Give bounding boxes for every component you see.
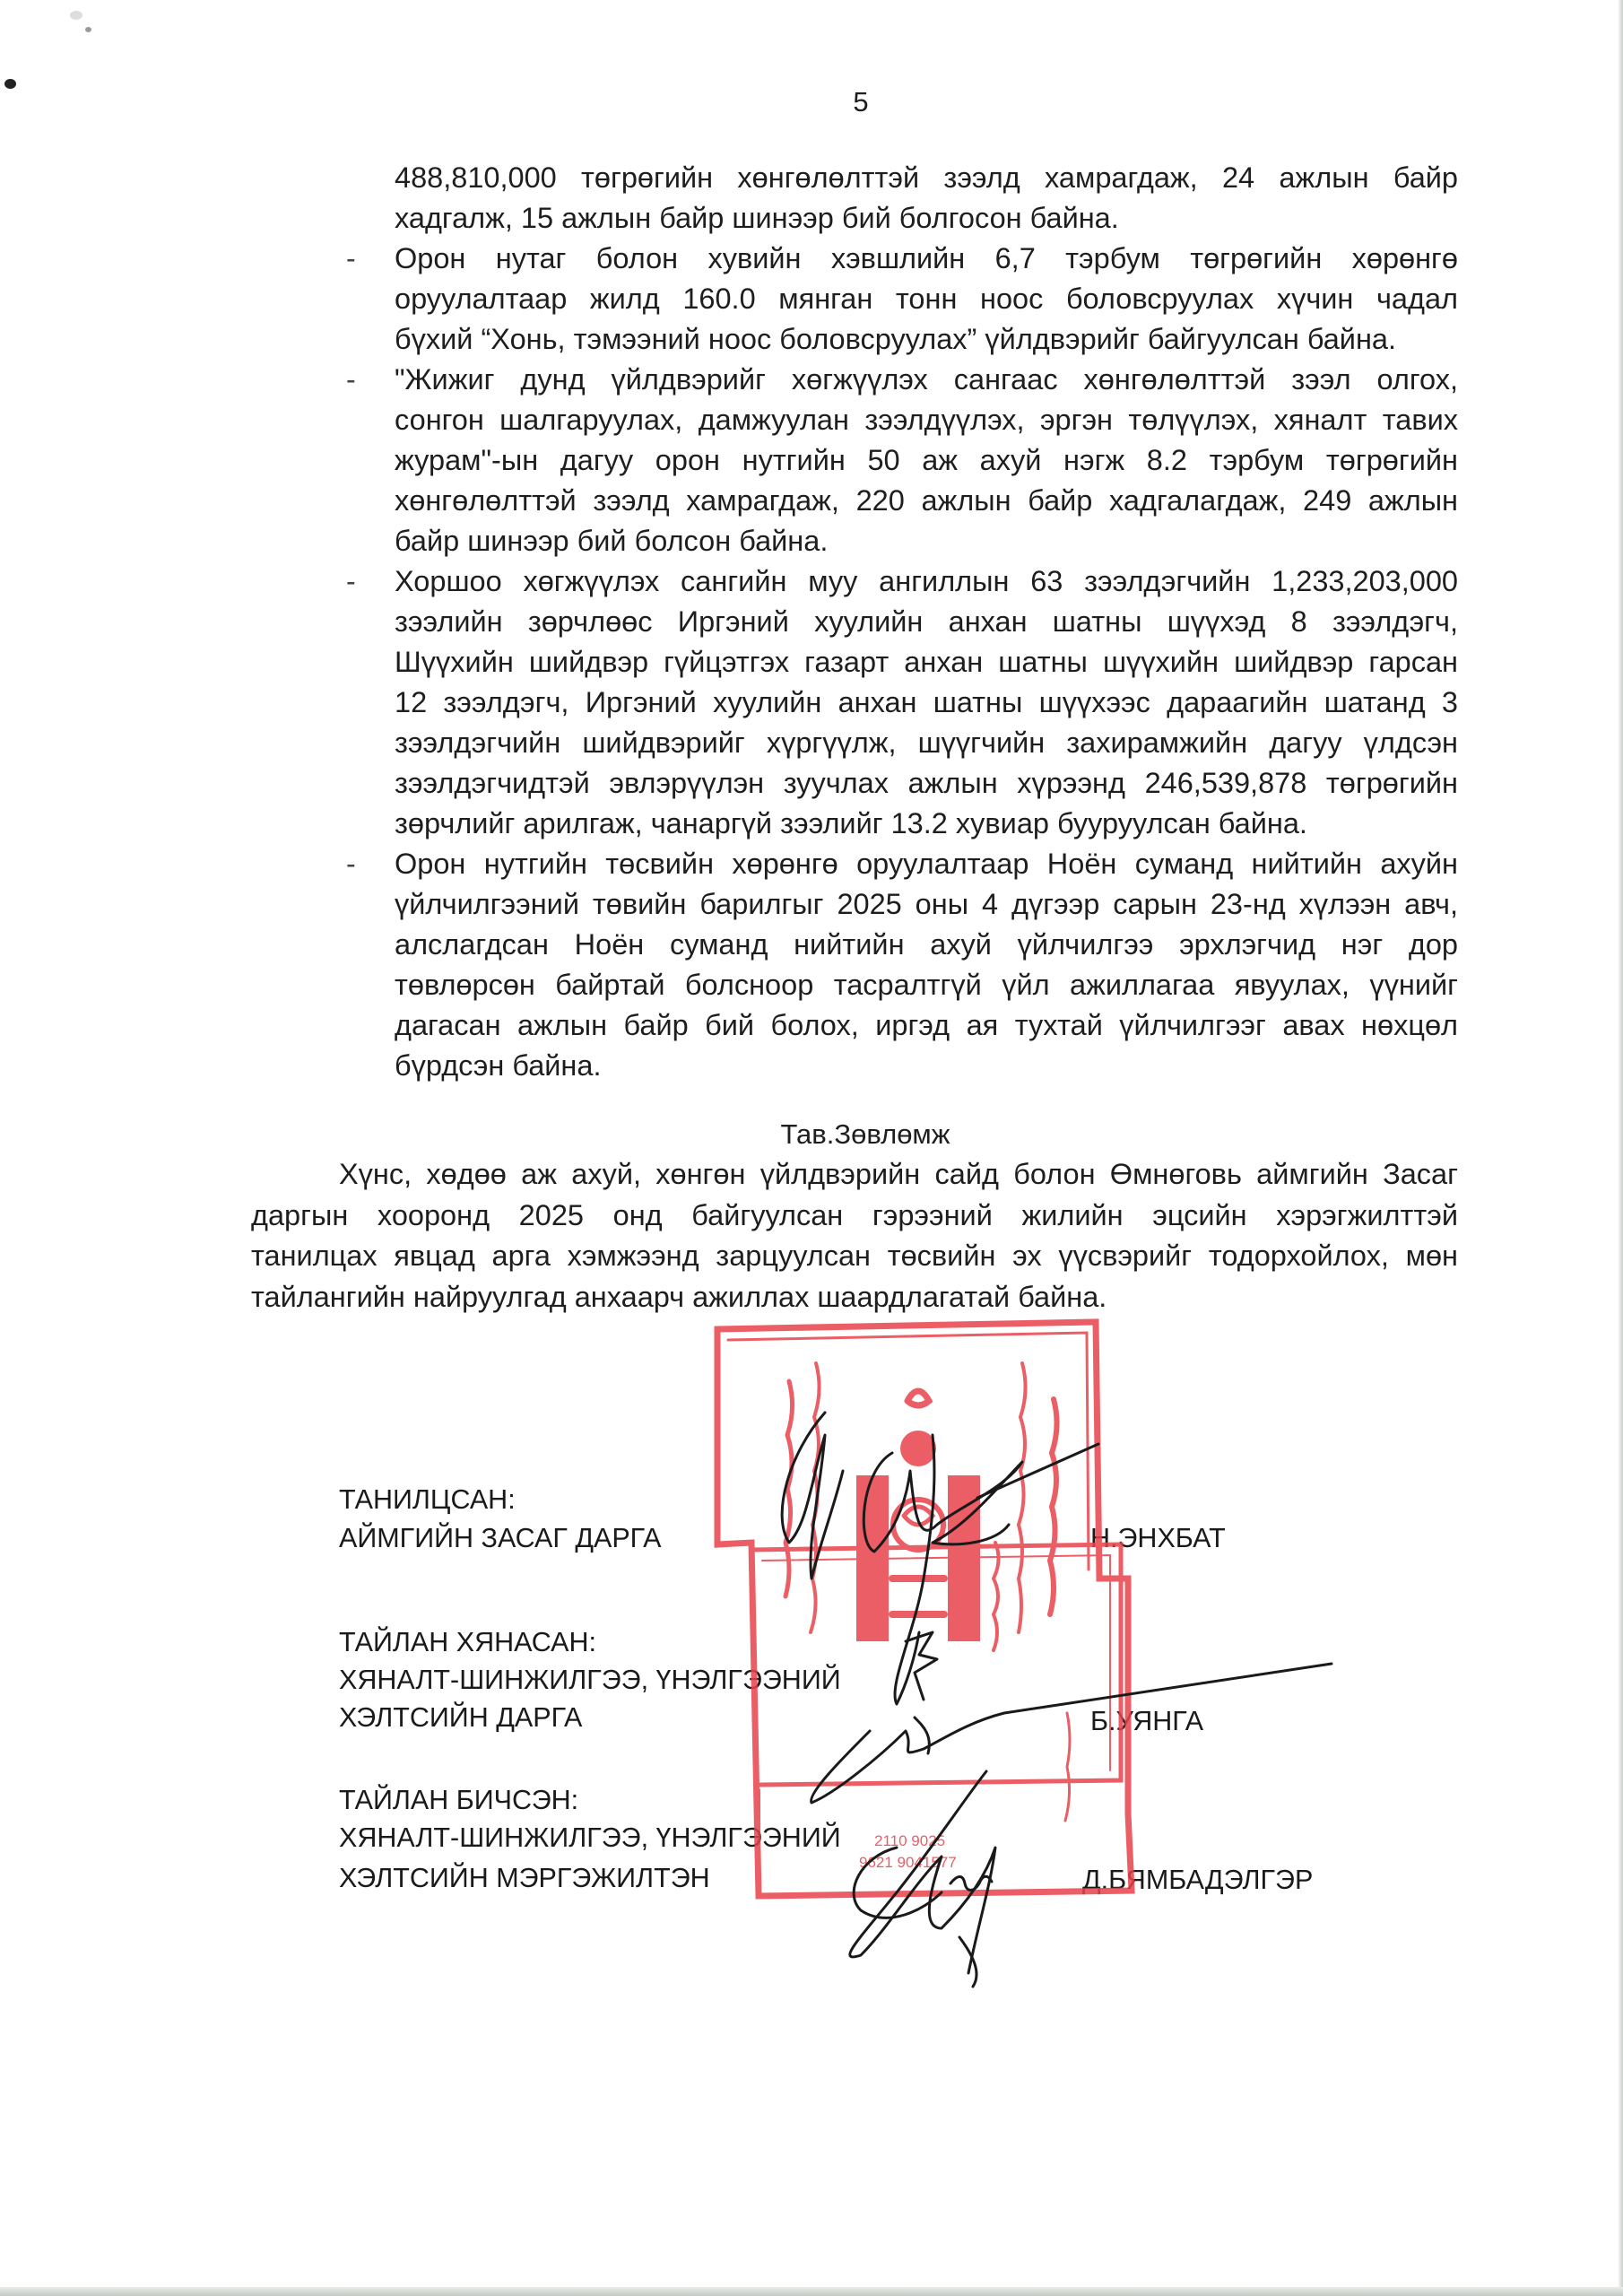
svg-text:9621 9041577: 9621 9041577 (859, 1854, 957, 1871)
signature-role-line: АЙМГИЙН ЗАСАГ ДАРГА (339, 1519, 661, 1557)
body-line: алслагдсан Ноён суманд нийтийн ахуй үйлч… (395, 925, 1458, 965)
body-line: бүхий “Хонь, тэмээний ноос боловсруулах”… (395, 319, 1396, 360)
body-line: журам"-ын дагуу орон нутгийн 50 аж ахуй … (395, 440, 1458, 481)
bullet-dash: - (346, 844, 356, 884)
body-line: дагасан ажлын байр бий болох, иргэд ая т… (395, 1005, 1458, 1046)
body-line: Шүүхийн шийдвэр гүйцэтгэх газарт анхан ш… (395, 642, 1458, 683)
body-line: 12 зээлдэгч, Иргэний хуулийн анхан шатны… (395, 683, 1458, 723)
page-number: 5 (843, 86, 879, 118)
body-line: Орон нутгийн төсвийн хөрөнгө оруулалтаар… (395, 844, 1458, 884)
body-line: "Жижиг дунд үйлдвэрийг хөгжүүлэх сангаас… (395, 360, 1458, 400)
signature-role-line: ХЭЛТСИЙН ДАРГА (339, 1699, 582, 1736)
body-line: зээлдэгчийн шийдвэрийг хүргүүлж, шүүгчий… (395, 723, 1458, 763)
recommendation-line: Хүнс, хөдөө аж ахуй, хөнгөн үйлдвэрийн с… (339, 1154, 1458, 1195)
svg-text:2110 9025: 2110 9025 (874, 1832, 945, 1849)
scan-speck (70, 11, 82, 20)
body-line: Хоршоо хөгжүүлэх сангийн муу ангиллын 63… (395, 561, 1458, 602)
body-line: зээлийн зөрчлөөс Иргэний хуулийн анхан ш… (395, 602, 1458, 642)
document-page: 5 488,810,000 төгрөгийн хөнгөлөлттэй зээ… (0, 0, 1623, 2296)
signature-1 (782, 1413, 843, 1578)
section-heading: Тав.Зөвлөмж (0, 1114, 1623, 1154)
signatory-name: Н.ЭНХБАТ (1090, 1519, 1226, 1557)
body-line: зээлдэгчидтэй эвлэрүүлэн зуучлах ажлын х… (395, 763, 1458, 804)
body-line: бүрдсэн байна. (395, 1046, 601, 1086)
signature-role-line: ХЯНАЛТ-ШИНЖИЛГЭЭ, ҮНЭЛГЭЭНИЙ (339, 1661, 841, 1699)
body-line: төвлөрсөн байртай болсноор тасралтгүй үй… (395, 965, 1458, 1005)
body-line: байр шинээр бий болсон байна. (395, 521, 828, 561)
scan-speck (4, 79, 16, 89)
body-line: оруулалтаар жилд 160.0 мянган тонн ноос … (395, 279, 1458, 319)
signature-role-heading: ТАЙЛАН БИЧСЭН: (339, 1781, 578, 1819)
recommendation-line: танилцах явцад арга хэмжээнд зарцуулсан … (251, 1236, 1458, 1276)
signature-role-heading: ТАНИЛЦСАН: (339, 1481, 516, 1518)
body-line: зөрчлийг арилгаж, чанаргүй зээлийг 13.2 … (395, 804, 1307, 844)
bullet-dash: - (346, 360, 356, 400)
scan-edge-bottom (0, 2287, 1623, 2296)
body-line: сонгон шалгаруулах, дамжуулан зээлдүүлэх… (395, 400, 1458, 440)
signature-role-line: ХЭЛТСИЙН МЭРГЭЖИЛТЭН (339, 1859, 710, 1897)
body-line: 488,810,000 төгрөгийн хөнгөлөлттэй зээлд… (395, 158, 1458, 198)
body-line: хадгалж, 15 ажлын байр шинээр бий болгос… (395, 198, 1119, 239)
body-line: хөнгөлөлттэй зээлд хамрагдаж, 220 ажлын … (395, 481, 1458, 521)
scan-speck (85, 27, 91, 32)
body-line: Орон нутаг болон хувийн хэвшлийн 6,7 тэр… (395, 239, 1458, 279)
recommendation-line: даргын хооронд 2025 онд байгуулсан гэрээ… (251, 1196, 1458, 1236)
signatory-name: Д.БЯМБАДЭЛГЭР (1082, 1861, 1313, 1899)
signature-role-line: ХЯНАЛТ-ШИНЖИЛГЭЭ, ҮНЭЛГЭЭНИЙ (339, 1819, 841, 1857)
recommendation-line: тайлангийн найруулгад анхаарч ажиллах ша… (251, 1277, 1107, 1318)
signatory-name: Б.УЯНГА (1090, 1702, 1203, 1740)
signature-role-heading: ТАЙЛАН ХЯНАСАН: (339, 1623, 596, 1661)
bullet-dash: - (346, 239, 356, 279)
body-line: үйлчилгээний төвийн барилгыг 2025 оны 4 … (395, 884, 1458, 925)
bullet-dash: - (346, 561, 356, 602)
